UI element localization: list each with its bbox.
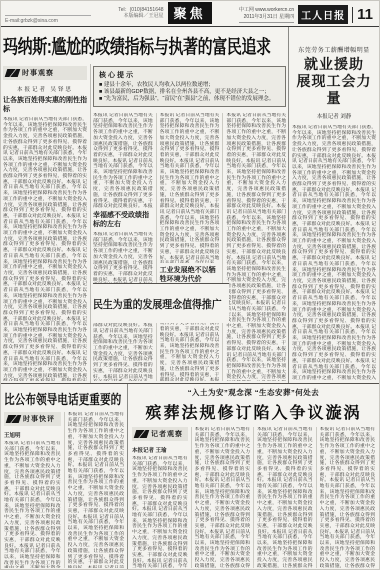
mid-headline-block: 民生为重的发展理念值得推广 xyxy=(93,283,229,323)
lead-intro-subhead: 让各族百姓得实惠的刚性指标 xyxy=(3,96,87,114)
bottom-row: 比公布领导电话更重要的 时事快评 王旭明 本报讯 记者日前从当地有关部门获悉，今… xyxy=(1,383,379,570)
flag-icon xyxy=(5,69,21,77)
header-right: 中工网 www.workercn.cn 2011年3月31日 星期四 工人日报 … xyxy=(239,5,375,24)
column-badge-label: 记者观察 xyxy=(151,429,183,439)
newspaper-page: E-mail:grbzk@sina.com Tel：(010)84151648 … xyxy=(0,0,380,570)
header-email: E-mail:grbzk@sina.com xyxy=(5,15,91,24)
body-text: 本报讯 记者日前从当地有关部门获悉，今年以来，该地坚持把保障和改善民生作为各项工… xyxy=(257,427,313,568)
page-header: E-mail:grbzk@sina.com Tel：(010)84151648 … xyxy=(1,1,379,27)
column-badge-shishi-guancha: 时事观察 xyxy=(3,66,87,80)
body-text: 本报讯 记者日前从当地有关部门获悉，今年以来，该地坚持把保障和改善民生作为各项工… xyxy=(320,427,376,568)
core-tips-list: ■ 建县十余年，农牧民人均收入以两位数递增； ■ 该县最新的GDP数据，排名在全… xyxy=(99,82,280,103)
bottom-right-kicker: “入土为安”观念深 “生态安葬”何处去 xyxy=(132,387,375,398)
sidebar-story: 东莞劳务工薪酬增幅明显 就业援助 展现工会力量 本报记者 刘静 本报讯 记者日前… xyxy=(288,27,379,383)
bottom-right-story: “入土为安”观念深 “生态安葬”何处去 殡葬法规修订陷入争议漩涡 记者观察 本报… xyxy=(127,384,379,570)
core-tips-title: 核心提示 xyxy=(99,70,280,80)
body-text: 本报讯 记者日前从当地有关部门获悉，今年以来，该地坚持把保障和改善民生作为各项工… xyxy=(93,113,153,208)
sidebar-kicker: 东莞劳务工薪酬增幅明显 xyxy=(292,45,376,54)
header-date: 2011年3月31日 星期四 xyxy=(239,14,294,21)
bottom-right-columns: 记者观察 本报记者 王瑜 本报讯 记者日前从当地有关部门获悉，今年以来，该地坚持… xyxy=(132,427,375,568)
lead-story: 玛纳斯:尴尬的政绩指标与执著的富民追求 时事观察 本报记者 吴铎思 让各族百姓得… xyxy=(1,27,288,383)
sidebar-headline-line2: 展现工会力量 xyxy=(292,74,376,108)
body-text-column: 本报讯 记者日前从当地有关部门获悉，今年以来，该地坚持把保障和改善民生作为各项工… xyxy=(64,412,125,568)
core-tip-item: ■ 该县最新的GDP数据，排名在全州各县不高，更不是经济大县之一； xyxy=(99,89,280,96)
lead-byline: 本报记者 吴铎思 xyxy=(3,85,87,93)
body-text-column: 本报讯 记者日前从当地有关部门获悉，今年以来，该地坚持把保障和改善民生作为各项工… xyxy=(222,113,286,381)
top-row: 玛纳斯:尴尬的政绩指标与执著的富民追求 时事观察 本报记者 吴铎思 让各族百姓得… xyxy=(1,27,379,383)
body-text: 本报讯 记者日前从当地有关部门获悉，今年以来，该地坚持把保障和改善民生作为各项工… xyxy=(4,441,61,568)
header-contact: Tel：(010)84151648 本版编辑／王冠星 xyxy=(118,7,163,20)
body-text-column: 本报讯 记者日前从当地有关部门获悉，今年以来，该地坚持把保障和改善民生作为各项工… xyxy=(156,113,220,381)
header-editor: 本版编辑／王冠星 xyxy=(118,13,163,20)
body-text-column: 本报讯 记者日前从当地有关部门获悉，今年以来，该地坚持把保障和改善民生作为各项工… xyxy=(191,427,251,568)
header-site: 中工网 www.workercn.cn xyxy=(239,7,294,14)
sidebar-headline-line1: 就业援助 xyxy=(292,57,376,74)
lead-left-column: 时事观察 本报记者 吴铎思 让各族百姓得实惠的刚性指标 本报讯 记者日前从当地有… xyxy=(1,64,91,383)
bottom-right-headline: 殡葬法规修订陷入争议漩涡 xyxy=(132,400,375,423)
core-tip-item: ■ “先为富民，后为强县”，“富民”在“强县”之前，体现不错位的发展理念。 xyxy=(99,96,280,103)
lead-headline: 玛纳斯:尴尬的政绩指标与执著的富民追求 xyxy=(3,32,227,62)
core-tip-item: ■ 建县十余年，农牧民人均收入以两位数递增； xyxy=(99,82,280,89)
core-tips-box: 核心提示 ■ 建县十余年，农牧民人均收入以两位数递增； ■ 该县最新的GDP数据… xyxy=(93,66,286,107)
header-meta: 中工网 www.workercn.cn 2011年3月31日 星期四 xyxy=(239,7,294,23)
body-text: 本报讯 记者日前从当地有关部门获悉，今年以来，该地坚持把保障和改善民生作为各项工… xyxy=(160,113,220,263)
header-center: Tel：(010)84151648 本版编辑／王冠星 聚焦 xyxy=(118,2,211,24)
bottom-left-columns: 时事快评 王旭明 本报讯 记者日前从当地有关部门获悉，今年以来，该地坚持把保障和… xyxy=(4,412,124,568)
body-text-column: 本报讯 记者日前从当地有关部门获悉，今年以来，该地坚持把保障和改善民生作为各项工… xyxy=(3,117,87,381)
body-text-column: 本报讯 记者日前从当地有关部门获悉，今年以来，该地坚持把保障和改善民生作为各项工… xyxy=(253,427,313,568)
body-text-column: 本报讯 记者日前从当地有关部门获悉，今年以来，该地坚持把保障和改善民生作为各项工… xyxy=(93,113,153,381)
section-subhead-1: 幸福感不受政绩指标的左右 xyxy=(93,211,153,229)
lead-story-body: 时事观察 本报记者 吴铎思 让各族百姓得实惠的刚性指标 本报讯 记者日前从当地有… xyxy=(1,64,288,383)
column-badge-jizhe-guancha: 记者观察 xyxy=(132,427,188,441)
body-text: 本报讯 记者日前从当地有关部门获悉，今年以来，该地坚持把保障和改善民生作为各项工… xyxy=(195,427,251,568)
column-badge-label: 时事观察 xyxy=(22,68,54,78)
body-text: 本报讯 记者日前从当地有关部门获悉，今年以来，该地坚持把保障和改善民生作为各项工… xyxy=(132,456,188,568)
sidebar-headline: 就业援助 展现工会力量 xyxy=(292,57,376,108)
bottom-right-byline: 本报记者 王瑜 xyxy=(132,446,188,454)
bottom-left-byline: 王旭明 xyxy=(4,431,61,439)
mid-headline: 民生为重的发展理念值得推广 xyxy=(93,296,222,312)
flag-icon xyxy=(6,415,22,423)
body-text: 本报讯 记者日前从当地有关部门获悉，今年以来，该地坚持把保障和改善民生作为各项工… xyxy=(226,113,286,381)
body-text: 本报讯 记者日前从当地有关部门获悉，今年以来，该地坚持把保障和改善民生作为各项工… xyxy=(68,412,125,568)
bottom-left-story: 比公布领导电话更重要的 时事快评 王旭明 本报讯 记者日前从当地有关部门获悉，今… xyxy=(1,384,127,570)
masthead-logo: 工人日报 xyxy=(298,5,348,24)
page-number: 11 xyxy=(352,7,375,23)
lead-text-columns: 本报讯 记者日前从当地有关部门获悉，今年以来，该地坚持把保障和改善民生作为各项工… xyxy=(93,111,286,383)
flag-icon xyxy=(134,430,150,438)
bottom-left-headline: 比公布领导电话更重要的 xyxy=(4,389,102,408)
section-label-focus: 聚焦 xyxy=(168,2,212,24)
section-subhead-2: 工业发展绝不以牺牲环境为代价 xyxy=(160,266,220,284)
body-text-column: 时事快评 王旭明 本报讯 记者日前从当地有关部门获悉，今年以来，该地坚持把保障和… xyxy=(4,412,61,568)
sidebar-byline: 本报记者 刘静 xyxy=(292,112,376,120)
column-badge-shishi-kuaiping: 时事快评 xyxy=(4,412,61,426)
lead-center-area: 核心提示 ■ 建县十余年，农牧民人均收入以两位数递增； ■ 该县最新的GDP数据… xyxy=(91,64,288,383)
body-text-column: 本报讯 记者日前从当地有关部门获悉，今年以来，该地坚持把保障和改善民生作为各项工… xyxy=(292,125,376,381)
body-text-column: 记者观察 本报记者 王瑜 本报讯 记者日前从当地有关部门获悉，今年以来，该地坚持… xyxy=(132,427,188,568)
body-text-column: 本报讯 记者日前从当地有关部门获悉，今年以来，该地坚持把保障和改善民生作为各项工… xyxy=(316,427,376,568)
column-badge-label: 时事快评 xyxy=(23,414,55,424)
